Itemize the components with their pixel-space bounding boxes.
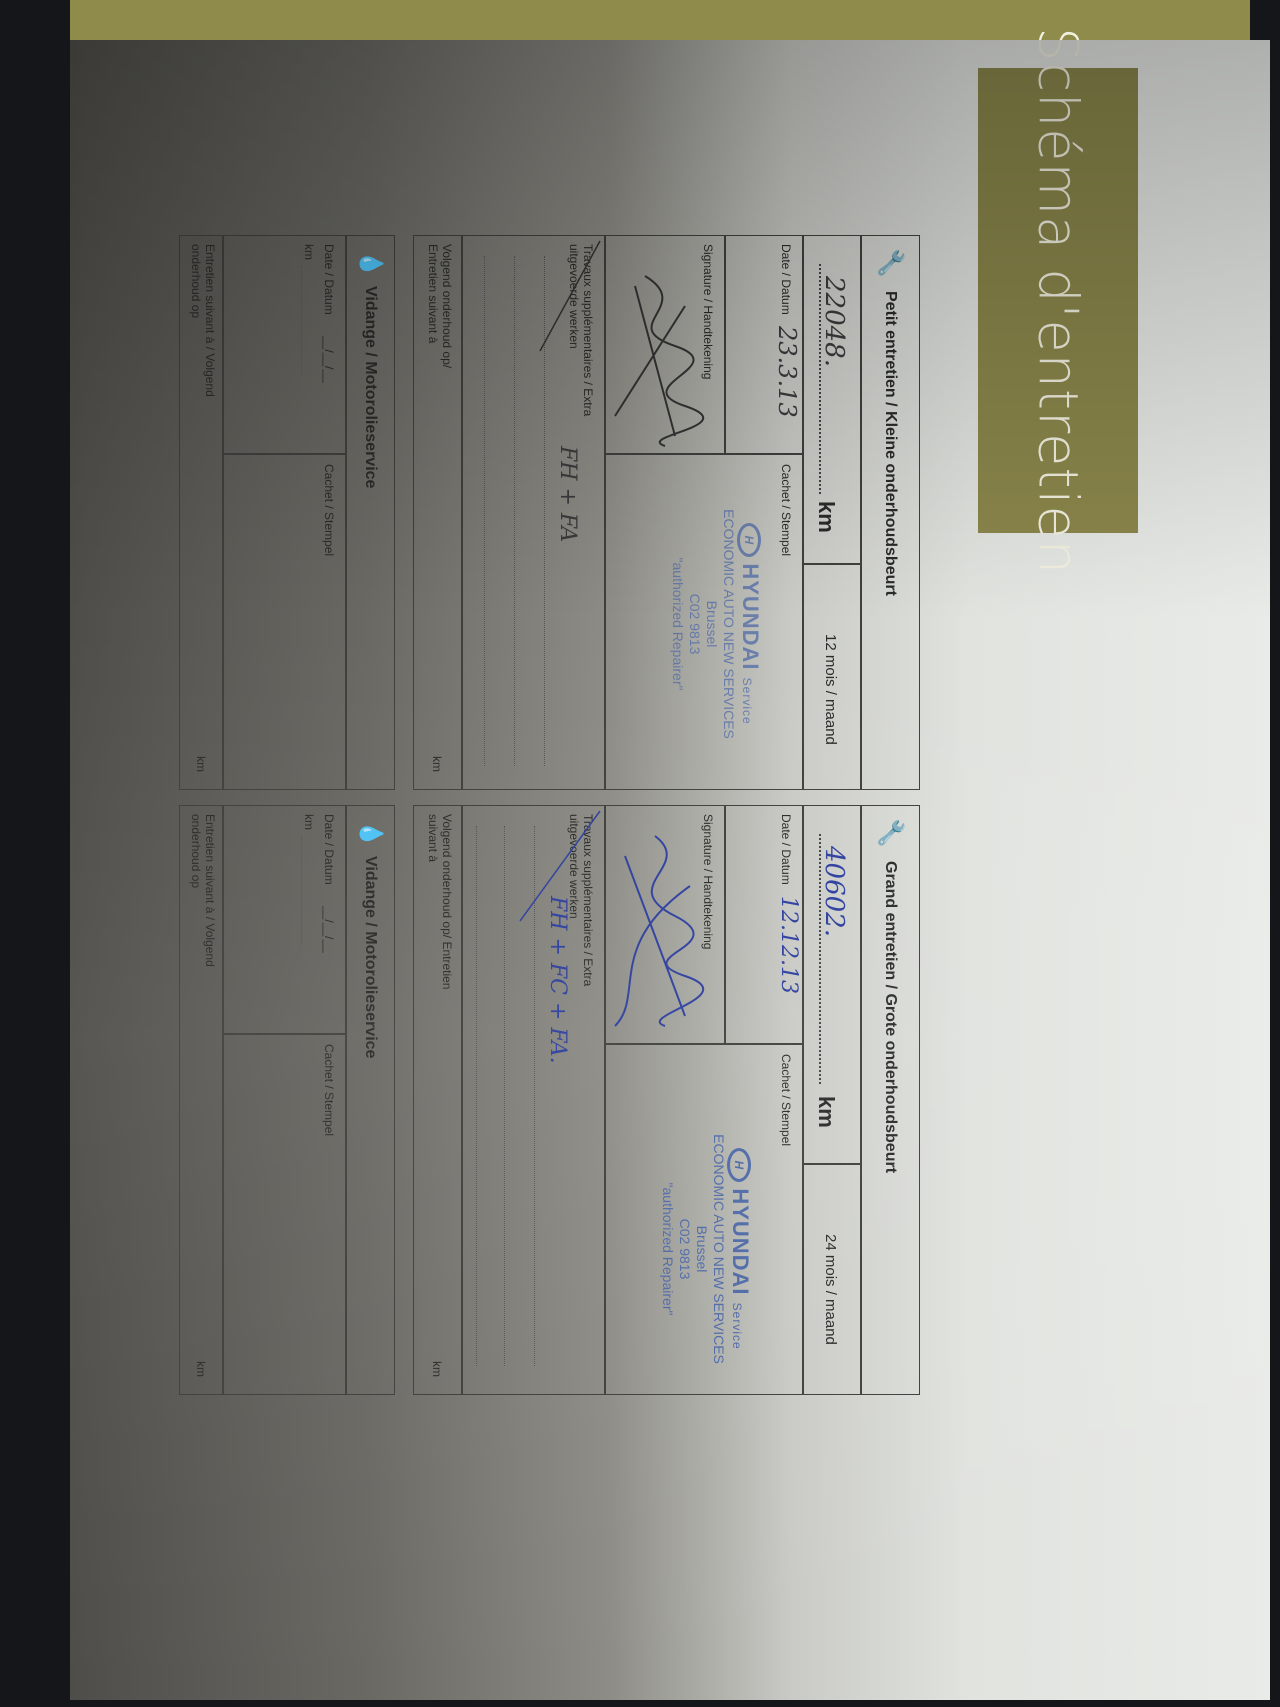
oil-next-cell[interactable]: Entretien suivant à / Volgend onderhoud … (179, 805, 224, 1395)
oil-drop-icon: 💧 (358, 250, 384, 277)
interval-cell: 24 mois / maand (802, 1163, 862, 1395)
stamp-cell: Cachet / Stempel HHYUNDAI Service ECONOM… (604, 1043, 804, 1395)
date-label: Date / Datum (779, 814, 793, 885)
dealer-stamp: HHYUNDAI Service ECONOMIC AUTO NEW SERVI… (669, 484, 763, 764)
date-cell[interactable]: Date / Datum 23.3.13 (724, 235, 804, 455)
extra-work-value: FH + FA (555, 446, 580, 542)
km-value: 22048. (819, 276, 849, 367)
km-dotted-line (819, 264, 821, 494)
next-service-cell[interactable]: Volgend onderhoud op/ Entretien suivant … (413, 235, 463, 790)
km-field[interactable]: 40602. km (802, 805, 862, 1165)
km-value: 40602. (819, 846, 849, 937)
writing-line (514, 256, 515, 766)
oil-km-label: km (302, 244, 316, 260)
oil-km-label: km (302, 814, 316, 830)
signature-scribble (605, 266, 705, 456)
oil-next-label: Entretien suivant à / Volgend onderhoud … (189, 814, 217, 994)
oil-stamp-label: Cachet / Stempel (322, 464, 336, 556)
oil-date-cell[interactable]: Date / Datum __/__/__ km (222, 805, 347, 1035)
large-service-section: 🔧 Grand entretien / Grote onderhoudsbeur… (90, 805, 920, 1360)
hyundai-logo-icon: H (727, 1148, 751, 1182)
interval-cell: 12 mois / maand (802, 563, 862, 790)
oil-km-line (301, 266, 302, 376)
oil-date-label: Date / Datum (322, 814, 336, 885)
signature-cell[interactable]: Signature / Handtekening (604, 235, 726, 455)
km-dotted-line (819, 834, 821, 1084)
section-header: 🔧 Petit entretien / Kleine onderhoudsbeu… (860, 235, 920, 790)
oil-header: 💧 Vidange / Motorolieservice (345, 805, 395, 1395)
oil-title: Vidange / Motorolieservice (361, 856, 379, 1058)
interval-label: 12 mois / maand (822, 634, 839, 745)
oil-date-label: Date / Datum (322, 244, 336, 315)
km-unit: km (813, 501, 839, 533)
signature-cell[interactable]: Signature / Handtekening (604, 805, 726, 1045)
date-value: 12.12.13 (776, 896, 801, 994)
stamp-cell: Cachet / Stempel HHYUNDAI Service ECONOM… (604, 453, 804, 790)
title-band: Schéma d'entretien (978, 68, 1138, 533)
interval-label: 24 mois / maand (822, 1234, 839, 1345)
oil-next-unit: km (194, 1361, 208, 1377)
writing-line (476, 826, 477, 1366)
page-title: Schéma d'entretien (1027, 27, 1090, 575)
writing-line (504, 826, 505, 1366)
oil-date-placeholder: __/__/__ (322, 906, 336, 953)
oil-next-cell[interactable]: Entretien suivant à / Volgend onderhoud … (179, 235, 224, 790)
oil-header: 💧 Vidange / Motorolieservice (345, 235, 395, 790)
section-header: 🔧 Grand entretien / Grote onderhoudsbeur… (860, 805, 920, 1395)
km-unit: km (813, 1096, 839, 1128)
hyundai-logo-icon: H (737, 523, 761, 557)
next-service-unit: km (430, 1361, 444, 1377)
date-cell[interactable]: Date / Datum 12.12.13 (724, 805, 804, 1045)
oil-date-cell[interactable]: Date / Datum __/__/__ km (222, 235, 347, 455)
section-title: Petit entretien / Kleine onderhoudsbeurt (881, 291, 899, 596)
extra-work-cell[interactable]: Travaux supplémentaires / Extra uitgevoe… (461, 235, 606, 790)
small-service-section: 🔧 Petit entretien / Kleine onderhoudsbeu… (90, 235, 920, 790)
dealer-stamp: HHYUNDAI Service ECONOMIC AUTO NEW SERVI… (659, 1104, 753, 1394)
wrench-icon: 🔧 (876, 818, 905, 848)
oil-km-line (301, 836, 302, 946)
oil-next-unit: km (194, 756, 208, 772)
oil-stamp-label: Cachet / Stempel (322, 1044, 336, 1136)
next-service-label: Volgend onderhoud op/ Entretien suivant … (426, 814, 454, 1014)
oil-next-label: Entretien suivant à / Volgend onderhoud … (189, 244, 217, 404)
next-service-label: Volgend onderhoud op/ Entretien suivant … (426, 244, 454, 404)
strike-line (515, 806, 605, 926)
section-title: Grand entretien / Grote onderhoudsbeurt (881, 861, 899, 1173)
stamp-label: Cachet / Stempel (779, 1054, 793, 1146)
wrench-icon: 🔧 (876, 248, 905, 278)
next-service-unit: km (430, 756, 444, 772)
oil-date-placeholder: __/__/__ (322, 336, 336, 383)
date-value: 23.3.13 (773, 326, 801, 418)
km-field[interactable]: 22048. km (802, 235, 862, 565)
signature-scribble (605, 826, 705, 1036)
date-label: Date / Datum (779, 244, 793, 315)
extra-work-cell[interactable]: Travaux supplémentaires / Extra uitgevoe… (461, 805, 606, 1395)
oil-title: Vidange / Motorolieservice (361, 286, 379, 488)
oil-stamp-cell: Cachet / Stempel (222, 1033, 347, 1395)
oil-stamp-cell: Cachet / Stempel (222, 453, 347, 790)
next-service-cell[interactable]: Volgend onderhoud op/ Entretien suivant … (413, 805, 463, 1395)
maintenance-form: 🔧 Petit entretien / Kleine onderhoudsbeu… (90, 235, 920, 1395)
writing-line (484, 256, 485, 766)
stamp-label: Cachet / Stempel (779, 464, 793, 556)
oil-drop-icon: 💧 (358, 820, 384, 847)
strike-line (535, 236, 605, 356)
